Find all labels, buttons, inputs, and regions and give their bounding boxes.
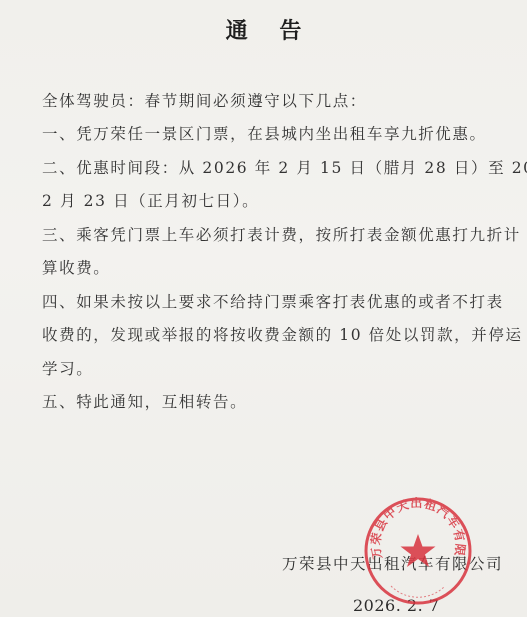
item-1-line-1: 一、凭万荣任一景区门票，在县城内坐出租车享九折优惠。 [42,122,487,144]
item-2-line-2: 2 月 23 日（正月初七日）。 [42,189,259,211]
company-seal-stamp: 万荣县中天出租汽车有限公司 [363,496,473,606]
item-2-line-1: 二、优惠时间段：从 2026 年 2 月 15 日（腊月 28 日）至 2026… [42,156,527,178]
notice-title: 通 告 [0,14,527,45]
salutation: 全体驾驶员：春节期间必须遵守以下几点： [42,89,367,111]
item-3-line-2: 算收费。 [42,256,110,278]
notice-paper: 通 告 全体驾驶员：春节期间必须遵守以下几点： 一、凭万荣任一景区门票，在县城内… [0,0,527,617]
item-5-line-1: 五、特此通知，互相转告。 [42,390,247,412]
item-4-line-3: 学习。 [42,357,93,379]
item-3-line-1: 三、乘客凭门票上车必须打表计费，按所打表金额优惠打九折计 [42,223,521,245]
signature-date: 2026. 2. 7 [353,596,439,615]
signature-company: 万荣县中天出租汽车有限公司 [282,552,503,574]
item-4-line-2: 收费的，发现或举报的将按收费金额的 10 倍处以罚款，并停运 [42,323,523,345]
item-4-line-1: 四、如果未按以上要求不给持门票乘客打表优惠的或者不打表 [42,290,504,312]
stamp-text: 万荣县中天出租汽车有限公司 [363,496,468,560]
